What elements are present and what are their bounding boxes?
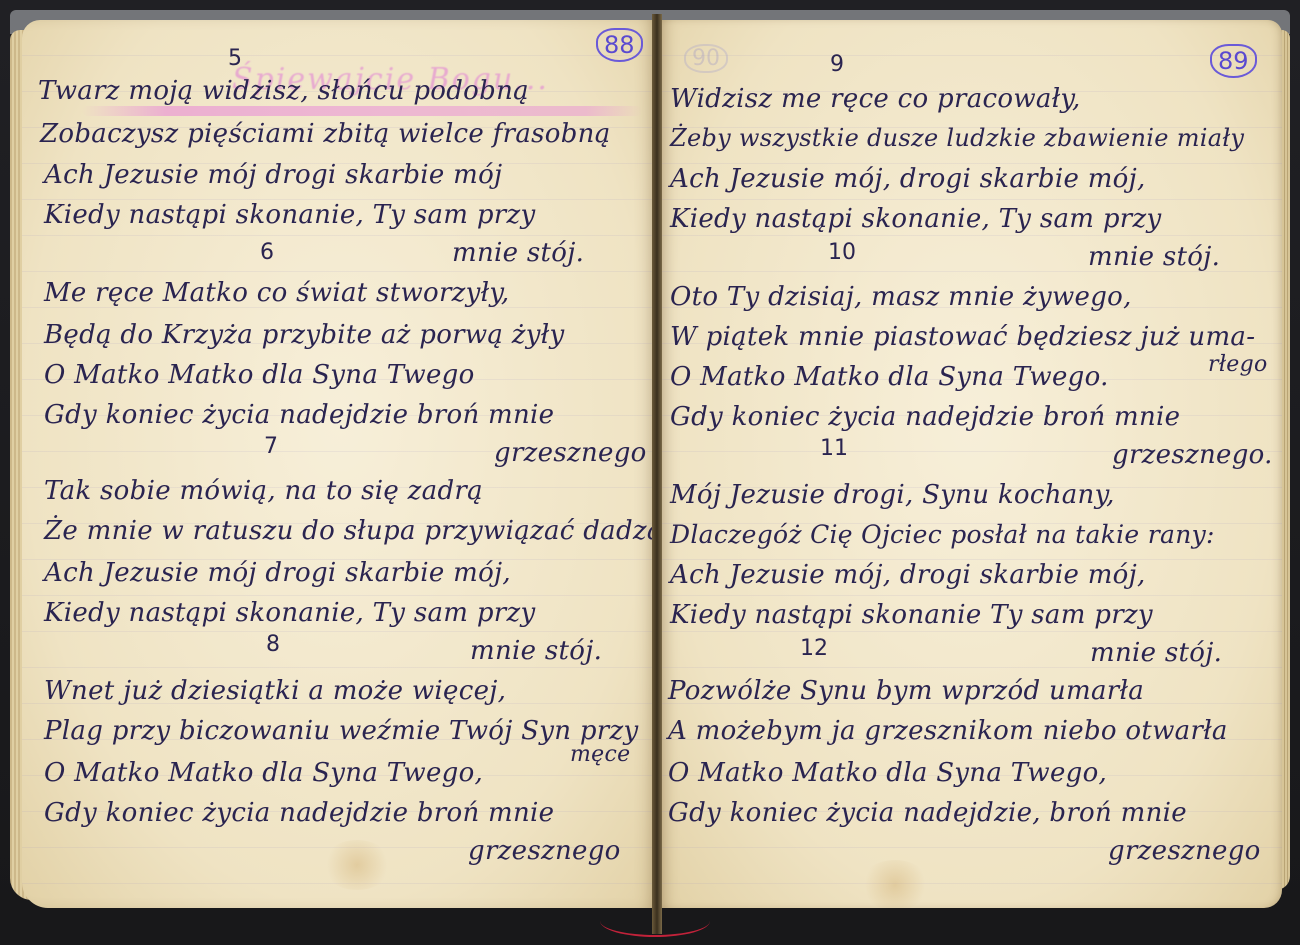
verse-number: 9 — [830, 52, 844, 77]
verse-line-continuation: grzesznego — [1108, 836, 1261, 866]
verse-line-continuation: grzesznego — [468, 836, 621, 866]
verse-number: 11 — [820, 436, 848, 461]
verse-line: Gdy koniec życia nadejdzie, broń mnie — [668, 798, 1187, 828]
verse-line: Gdy koniec życia nadejdzie broń mnie — [44, 400, 554, 430]
verse-line: O Matko Matko dla Syna Twego, — [44, 758, 483, 788]
bleed-through-page-number: 90 — [684, 44, 728, 73]
verse-number: 5 — [228, 46, 242, 71]
verse-line: Kiedy nastąpi skonanie Ty sam przy — [670, 600, 1153, 630]
verse-line: Dlaczegóż Cię Ojciec posłał na takie ran… — [670, 520, 1215, 549]
verse-line: Oto Ty dzisiaj, masz mnie żywego, — [670, 282, 1132, 312]
verse-number: 6 — [260, 240, 274, 265]
verse-line: O Matko Matko dla Syna Twego — [44, 360, 475, 390]
verse-line: Żeby wszystkie dusze ludzkie zbawienie m… — [670, 124, 1244, 152]
verse-line: O Matko Matko dla Syna Twego, — [668, 758, 1107, 788]
book-spine-gutter — [652, 14, 662, 934]
verse-line-continuation: grzesznego — [494, 438, 647, 468]
verse-line: Wnet już dziesiątki a może więcej, — [44, 676, 506, 706]
verse-line: Ach Jezusie mój, drogi skarbie mój, — [670, 164, 1146, 194]
pink-ink-smear — [82, 106, 642, 116]
paper-stain — [860, 860, 930, 908]
verse-line: Ach Jezusie mój drogi skarbie mój — [44, 160, 502, 190]
verse-line: Kiedy nastąpi skonanie, Ty sam przy — [670, 204, 1161, 234]
verse-line-continuation: rłego — [1208, 352, 1268, 377]
verse-line: Pozwólże Synu bym wprzód umarła — [668, 676, 1144, 706]
verse-line: Gdy koniec życia nadejdzie broń mnie — [670, 402, 1180, 432]
verse-line-continuation: męce — [570, 742, 630, 767]
verse-number: 8 — [266, 632, 280, 657]
verse-line-continuation: mnie stój. — [1088, 242, 1220, 272]
page-number: 89 — [1210, 44, 1257, 78]
left-page: Śpiewajcie Bogu... 88 5 Twarz moją widzi… — [22, 20, 658, 908]
verse-number: 12 — [800, 636, 828, 661]
verse-line: Kiedy nastąpi skonanie, Ty sam przy — [44, 598, 535, 628]
verse-line-continuation: mnie stój. — [1090, 638, 1222, 668]
right-page: 90 89 9 Widzisz me ręce co pracowały, Że… — [660, 20, 1282, 908]
verse-line-continuation: grzesznego. — [1112, 440, 1273, 470]
verse-line: Że mnie w ratuszu do słupa przywiązać da… — [44, 516, 658, 546]
paper-stain — [322, 840, 392, 890]
page-number: 88 — [596, 28, 643, 62]
verse-line: Ach Jezusie mój drogi skarbie mój, — [44, 558, 511, 588]
verse-line: Tak sobie mówią, na to się zadrą — [44, 476, 483, 506]
verse-line: Kiedy nastąpi skonanie, Ty sam przy — [44, 200, 535, 230]
verse-line: W piątek mnie piastować będziesz już uma… — [670, 322, 1255, 352]
verse-line: Gdy koniec życia nadejdzie broń mnie — [44, 798, 554, 828]
verse-number: 7 — [264, 434, 278, 459]
verse-line: Twarz moją widzisz, słońcu podobną — [38, 76, 529, 106]
verse-line-continuation: mnie stój. — [452, 238, 584, 268]
verse-line: Będą do Krzyża przybite aż porwą żyły — [44, 320, 565, 350]
verse-line: Plag przy biczowaniu weźmie Twój Syn prz… — [44, 716, 639, 746]
verse-line: Zobaczysz pięściami zbitą wielce frasobn… — [40, 119, 611, 149]
verse-line: Ach Jezusie mój, drogi skarbie mój, — [670, 560, 1146, 590]
verse-line-continuation: mnie stój. — [470, 636, 602, 666]
verse-line: Me ręce Matko co świat stworzyły, — [44, 278, 510, 308]
verse-line: Mój Jezusie drogi, Synu kochany, — [670, 480, 1115, 510]
verse-number: 10 — [828, 240, 856, 265]
red-binding-thread — [600, 905, 710, 937]
verse-line: O Matko Matko dla Syna Twego. — [670, 362, 1109, 392]
verse-line: Widzisz me ręce co pracowały, — [670, 84, 1081, 114]
verse-line: A możebym ja grzesznikom niebo otwarła — [668, 716, 1228, 746]
